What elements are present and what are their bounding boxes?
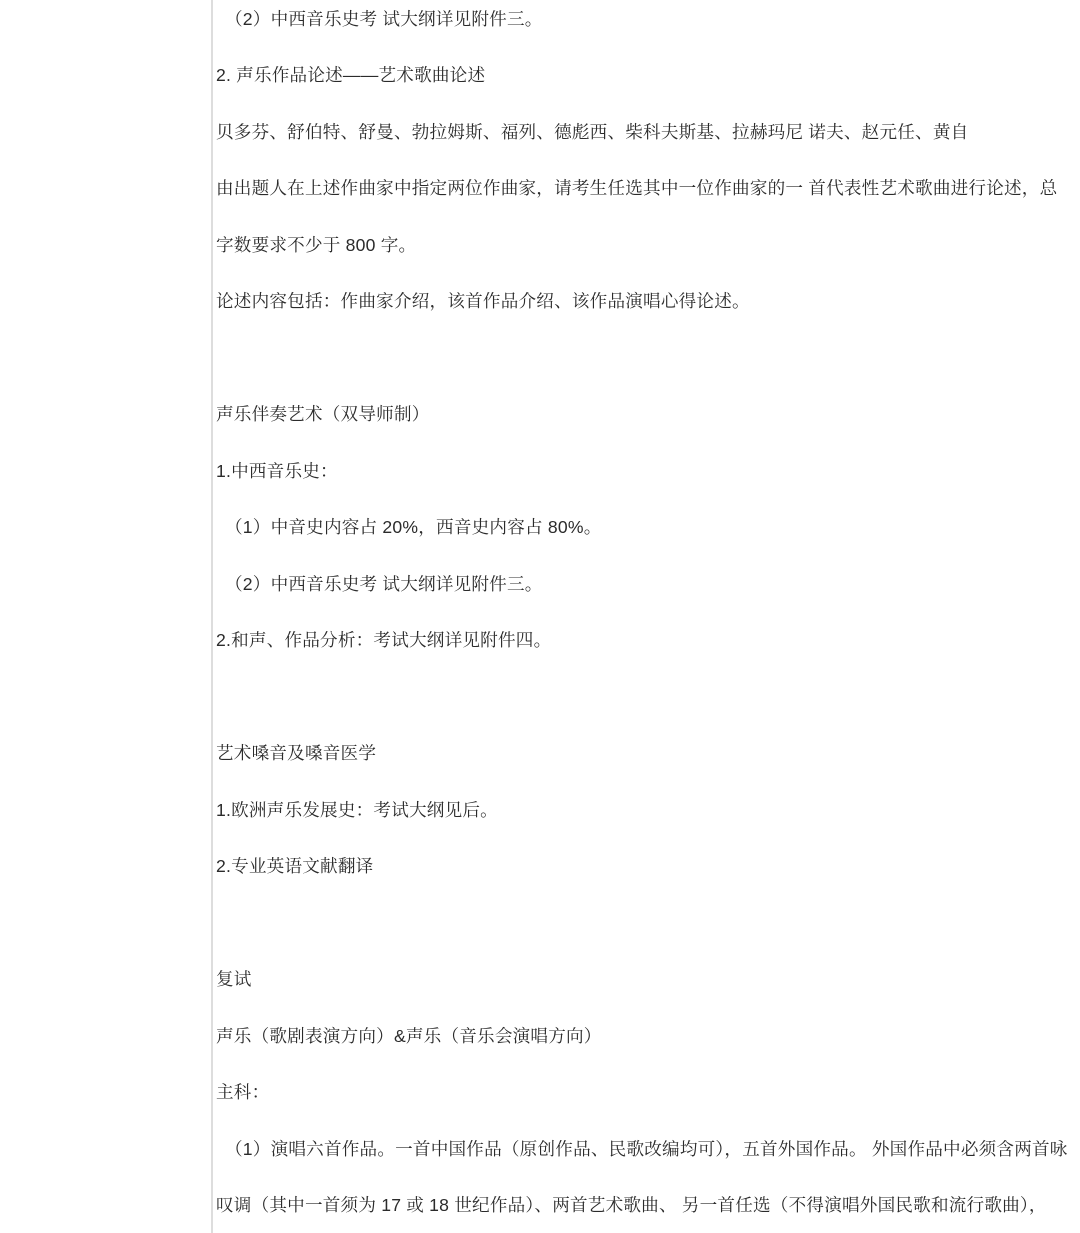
text-line: （1）中音史内容占 20%，西音史内容占 80%。: [216, 499, 1080, 556]
text-line: （2）中西音乐史考 试大纲详见附件三。: [216, 0, 1080, 47]
blank-line: [216, 329, 1080, 386]
text-line: 由出题人在上述作曲家中指定两位作曲家，请考生任选其中一位作曲家的一 首代表性艺术…: [216, 160, 1080, 217]
text-line: （1）演唱六首作品。一首中国作品（原创作品、民歌改编均可），五首外国作品。 外国…: [216, 1120, 1080, 1177]
text-line: 论述内容包括：作曲家介绍，该首作品介绍、该作品演唱心得论述。: [216, 273, 1080, 330]
document-viewport: （2）中西音乐史考 试大纲详见附件三。2. 声乐作品论述——艺术歌曲论述贝多芬、…: [0, 0, 1080, 1233]
blank-line: [216, 894, 1080, 951]
text-line: 2.专业英语文献翻译: [216, 838, 1080, 895]
text-line: 1.中西音乐史：: [216, 442, 1080, 499]
text-line: 主科：: [216, 1064, 1080, 1121]
text-line: 2. 声乐作品论述——艺术歌曲论述: [216, 47, 1080, 104]
text-line: 艺术嗓音及嗓音医学: [216, 725, 1080, 782]
text-line: 声乐伴奏艺术（双导师制）: [216, 386, 1080, 443]
text-line: 贝多芬、舒伯特、舒曼、勃拉姆斯、福列、德彪西、柴科夫斯基、拉赫玛尼 诺夫、赵元任…: [216, 103, 1080, 160]
text-line: （2）中西音乐史考 试大纲详见附件三。: [216, 555, 1080, 612]
blank-line: [216, 668, 1080, 725]
text-line: 2.和声、作品分析：考试大纲详见附件四。: [216, 612, 1080, 669]
document-body: （2）中西音乐史考 试大纲详见附件三。2. 声乐作品论述——艺术歌曲论述贝多芬、…: [216, 0, 1080, 1233]
text-line: 1.欧洲声乐发展史：考试大纲见后。: [216, 781, 1080, 838]
text-line: 声乐（歌剧表演方向）&声乐（音乐会演唱方向）: [216, 1007, 1080, 1064]
page-edge-divider: [211, 0, 213, 1233]
text-line: 字数要求不少于 800 字。: [216, 216, 1080, 273]
text-line: 叹调（其中一首须为 17 或 18 世纪作品）、两首艺术歌曲、 另一首任选（不得…: [216, 1177, 1080, 1233]
text-line: 复试: [216, 951, 1080, 1008]
